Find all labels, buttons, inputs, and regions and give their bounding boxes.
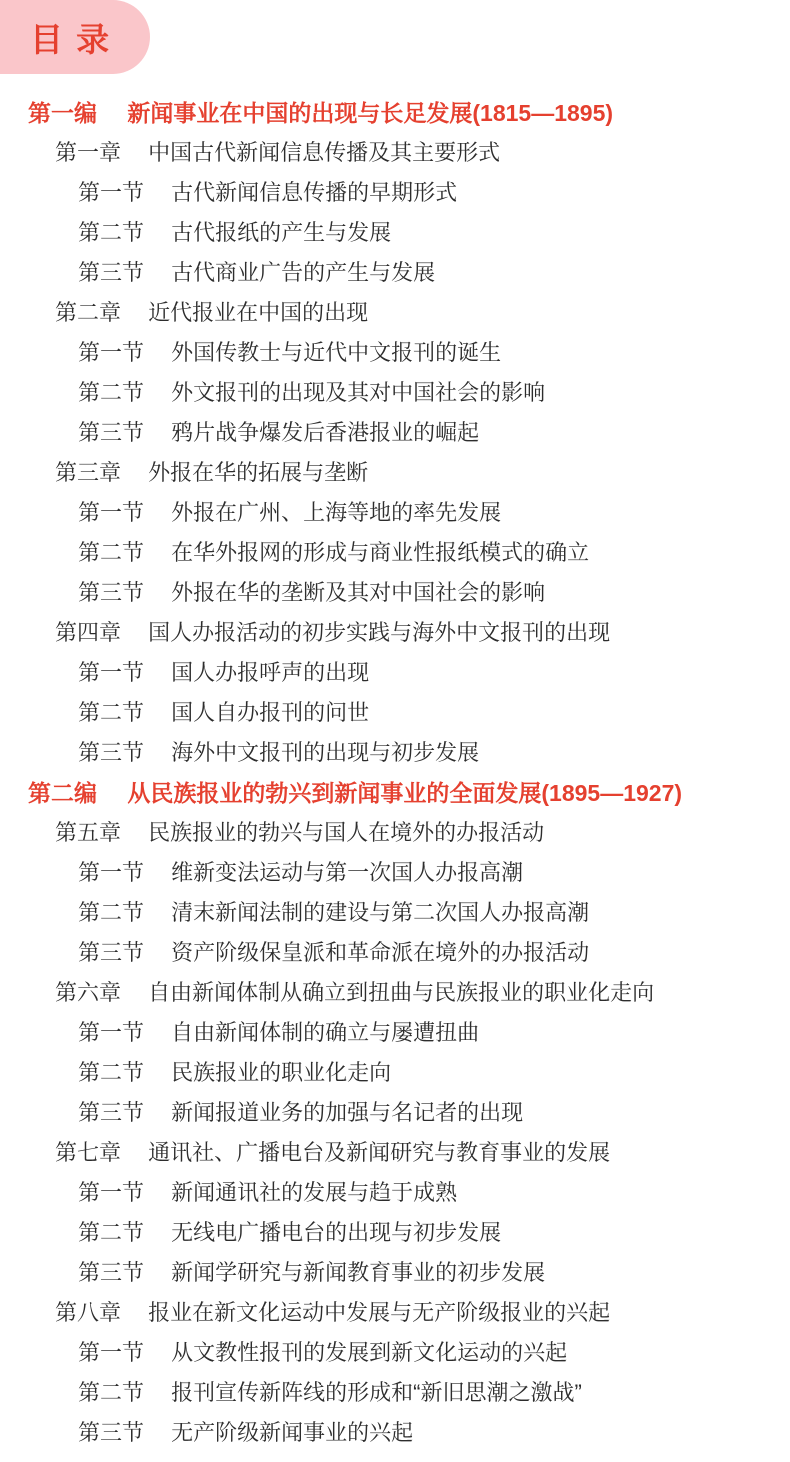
toc-entry-title: 国人办报呼声的出现: [171, 660, 369, 685]
toc-entry-title: 无产阶级新闻事业的兴起: [171, 1420, 413, 1445]
toc-entry-section: 第三节 鸦片战争爆发后香港报业的崛起: [0, 413, 790, 453]
toc-entry-label: 第一节: [78, 860, 144, 885]
toc-entry-section: 第一节 古代新闻信息传播的早期形式: [0, 173, 790, 213]
toc-entry-title: 中国古代新闻信息传播及其主要形式: [148, 140, 500, 165]
toc-entry-section: 第二节 在华外报网的形成与商业性报纸模式的确立: [0, 533, 790, 573]
toc-entry-label: 第一章: [55, 140, 121, 165]
page-title: 目 录: [30, 14, 111, 61]
toc-entry-label: 第二节: [78, 380, 144, 405]
toc-entry-chapter: 第二章 近代报业在中国的出现: [0, 293, 790, 333]
toc-entry-label: 第二节: [78, 1220, 144, 1245]
toc-entry-label: 第三节: [78, 940, 144, 965]
toc-entry-label: 第二节: [78, 900, 144, 925]
toc-entry-label: 第四章: [55, 620, 121, 645]
toc-entry-title: 维新变法运动与第一次国人办报高潮: [171, 860, 523, 885]
toc-entry-label: 第三节: [78, 420, 144, 445]
toc-entry-section: 第三节 古代商业广告的产生与发展: [0, 253, 790, 293]
toc-entry-title: 民族报业的职业化走向: [171, 1060, 391, 1085]
toc-entry-label: 第五章: [55, 820, 121, 845]
toc-entry-section: 第三节 新闻学研究与新闻教育事业的初步发展: [0, 1253, 790, 1293]
toc-entry-section: 第三节 新闻报道业务的加强与名记者的出现: [0, 1093, 790, 1133]
toc-entry-label: 第二节: [78, 700, 144, 725]
toc-entry-title: 在华外报网的形成与商业性报纸模式的确立: [171, 540, 589, 565]
toc-entry-section: 第一节 从文教性报刊的发展到新文化运动的兴起: [0, 1333, 790, 1373]
toc-entry-title: 外报在华的拓展与垄断: [148, 460, 368, 485]
toc-entry-label: 第八章: [55, 1300, 121, 1325]
toc-entry-title: 资产阶级保皇派和革命派在境外的办报活动: [171, 940, 589, 965]
toc-entry-title: 无线电广播电台的出现与初步发展: [171, 1220, 501, 1245]
toc-entry-label: 第二节: [78, 540, 144, 565]
toc-entry-label: 第一节: [78, 1020, 144, 1045]
toc-entry-section: 第二节 清末新闻法制的建设与第二次国人办报高潮: [0, 893, 790, 933]
toc-entry-label: 第七章: [55, 1140, 121, 1165]
toc-entry-label: 第二节: [78, 1060, 144, 1085]
toc-entry-section: 第二节 古代报纸的产生与发展: [0, 213, 790, 253]
toc-entry-label: 第三节: [78, 1260, 144, 1285]
toc-entry-title: 新闻报道业务的加强与名记者的出现: [171, 1100, 523, 1125]
toc-entry-title: 外报在广州、上海等地的率先发展: [171, 500, 501, 525]
toc-entry-label: 第一节: [78, 500, 144, 525]
toc-entry-title: 外文报刊的出现及其对中国社会的影响: [171, 380, 545, 405]
toc-entry-section: 第二节 国人自办报刊的问世: [0, 693, 790, 733]
toc-header-pill: 目 录: [0, 0, 150, 74]
toc-entry-title: 自由新闻体制的确立与屡遭扭曲: [171, 1020, 479, 1045]
toc-entry-label: 第三节: [78, 1100, 144, 1125]
toc-entry-title: 海外中文报刊的出现与初步发展: [171, 740, 479, 765]
toc-entry-title: 鸦片战争爆发后香港报业的崛起: [171, 420, 479, 445]
toc-entry-title: 新闻通讯社的发展与趋于成熟: [171, 1180, 457, 1205]
toc-entry-label: 第三节: [78, 740, 144, 765]
toc-entry-label: 第一编: [28, 100, 97, 126]
toc-entry-title: 自由新闻体制从确立到扭曲与民族报业的职业化走向: [148, 980, 654, 1005]
toc-entry-section: 第二节 无线电广播电台的出现与初步发展: [0, 1213, 790, 1253]
toc-entry-label: 第二编: [28, 780, 97, 806]
toc-entry-title: 从文教性报刊的发展到新文化运动的兴起: [171, 1340, 567, 1365]
toc-entry-chapter: 第四章 国人办报活动的初步实践与海外中文报刊的出现: [0, 613, 790, 653]
toc-entry-section: 第一节 新闻通讯社的发展与趋于成熟: [0, 1173, 790, 1213]
toc-entry-section: 第一节 外国传教士与近代中文报刊的诞生: [0, 333, 790, 373]
toc-entry-title: 报刊宣传新阵线的形成和“新旧思潮之激战”: [171, 1380, 582, 1405]
toc-entry-label: 第一节: [78, 180, 144, 205]
toc-entry-section: 第二节 民族报业的职业化走向: [0, 1053, 790, 1093]
toc-entry-section: 第一节 外报在广州、上海等地的率先发展: [0, 493, 790, 533]
toc-rows: 第一编 新闻事业在中国的出现与长足发展(1815—1895) 第一章 中国古代新…: [0, 93, 790, 1453]
toc-entry-label: 第一节: [78, 340, 144, 365]
toc-entry-section: 第一节 国人办报呼声的出现: [0, 653, 790, 693]
toc-entry-section: 第二节 报刊宣传新阵线的形成和“新旧思潮之激战”: [0, 1373, 790, 1413]
toc-entry-label: 第三章: [55, 460, 121, 485]
toc-entry-label: 第六章: [55, 980, 121, 1005]
toc-entry-title: 清末新闻法制的建设与第二次国人办报高潮: [171, 900, 589, 925]
toc-entry-chapter: 第一章 中国古代新闻信息传播及其主要形式: [0, 133, 790, 173]
toc-entry-title: 古代报纸的产生与发展: [171, 220, 391, 245]
toc-entry-title: 古代商业广告的产生与发展: [171, 260, 435, 285]
toc-entry-title: 民族报业的勃兴与国人在境外的办报活动: [148, 820, 544, 845]
toc-entry-title: 外报在华的垄断及其对中国社会的影响: [171, 580, 545, 605]
toc-entry-section: 第三节 海外中文报刊的出现与初步发展: [0, 733, 790, 773]
toc-entry-label: 第二节: [78, 220, 144, 245]
toc-entry-chapter: 第七章 通讯社、广播电台及新闻研究与教育事业的发展: [0, 1133, 790, 1173]
toc-list: 第一编 新闻事业在中国的出现与长足发展(1815—1895) 第一章 中国古代新…: [0, 74, 790, 1453]
toc-entry-label: 第一节: [78, 1180, 144, 1205]
toc-entry-label: 第二节: [78, 1380, 144, 1405]
toc-entry-title: 新闻学研究与新闻教育事业的初步发展: [171, 1260, 545, 1285]
toc-entry-title: 外国传教士与近代中文报刊的诞生: [171, 340, 501, 365]
toc-entry-section: 第二节 外文报刊的出现及其对中国社会的影响: [0, 373, 790, 413]
toc-entry-title: 近代报业在中国的出现: [148, 300, 368, 325]
toc-entry-label: 第一节: [78, 1340, 144, 1365]
toc-entry-chapter: 第三章 外报在华的拓展与垄断: [0, 453, 790, 493]
toc-entry-chapter: 第六章 自由新闻体制从确立到扭曲与民族报业的职业化走向: [0, 973, 790, 1013]
toc-entry-label: 第一节: [78, 660, 144, 685]
toc-entry-title: 古代新闻信息传播的早期形式: [171, 180, 457, 205]
toc-entry-title: 通讯社、广播电台及新闻研究与教育事业的发展: [148, 1140, 610, 1165]
toc-entry-label: 第三节: [78, 260, 144, 285]
toc-entry-section: 第一节 维新变法运动与第一次国人办报高潮: [0, 853, 790, 893]
toc-entry-part: 第一编 新闻事业在中国的出现与长足发展(1815—1895): [0, 93, 790, 133]
toc-entry-title: 从民族报业的勃兴到新闻事业的全面发展(1895—1927): [127, 780, 682, 806]
toc-entry-title: 国人自办报刊的问世: [171, 700, 369, 725]
toc-entry-chapter: 第八章 报业在新文化运动中发展与无产阶级报业的兴起: [0, 1293, 790, 1333]
toc-entry-label: 第三节: [78, 1420, 144, 1445]
toc-entry-section: 第三节 资产阶级保皇派和革命派在境外的办报活动: [0, 933, 790, 973]
toc-entry-title: 新闻事业在中国的出现与长足发展(1815—1895): [127, 100, 613, 126]
toc-entry-chapter: 第五章 民族报业的勃兴与国人在境外的办报活动: [0, 813, 790, 853]
toc-entry-label: 第二章: [55, 300, 121, 325]
toc-entry-section: 第三节 无产阶级新闻事业的兴起: [0, 1413, 790, 1453]
toc-entry-section: 第一节 自由新闻体制的确立与屡遭扭曲: [0, 1013, 790, 1053]
toc-entry-title: 国人办报活动的初步实践与海外中文报刊的出现: [148, 620, 610, 645]
toc-entry-title: 报业在新文化运动中发展与无产阶级报业的兴起: [148, 1300, 610, 1325]
toc-entry-section: 第三节 外报在华的垄断及其对中国社会的影响: [0, 573, 790, 613]
toc-entry-label: 第三节: [78, 580, 144, 605]
toc-entry-part: 第二编 从民族报业的勃兴到新闻事业的全面发展(1895—1927): [0, 773, 790, 813]
